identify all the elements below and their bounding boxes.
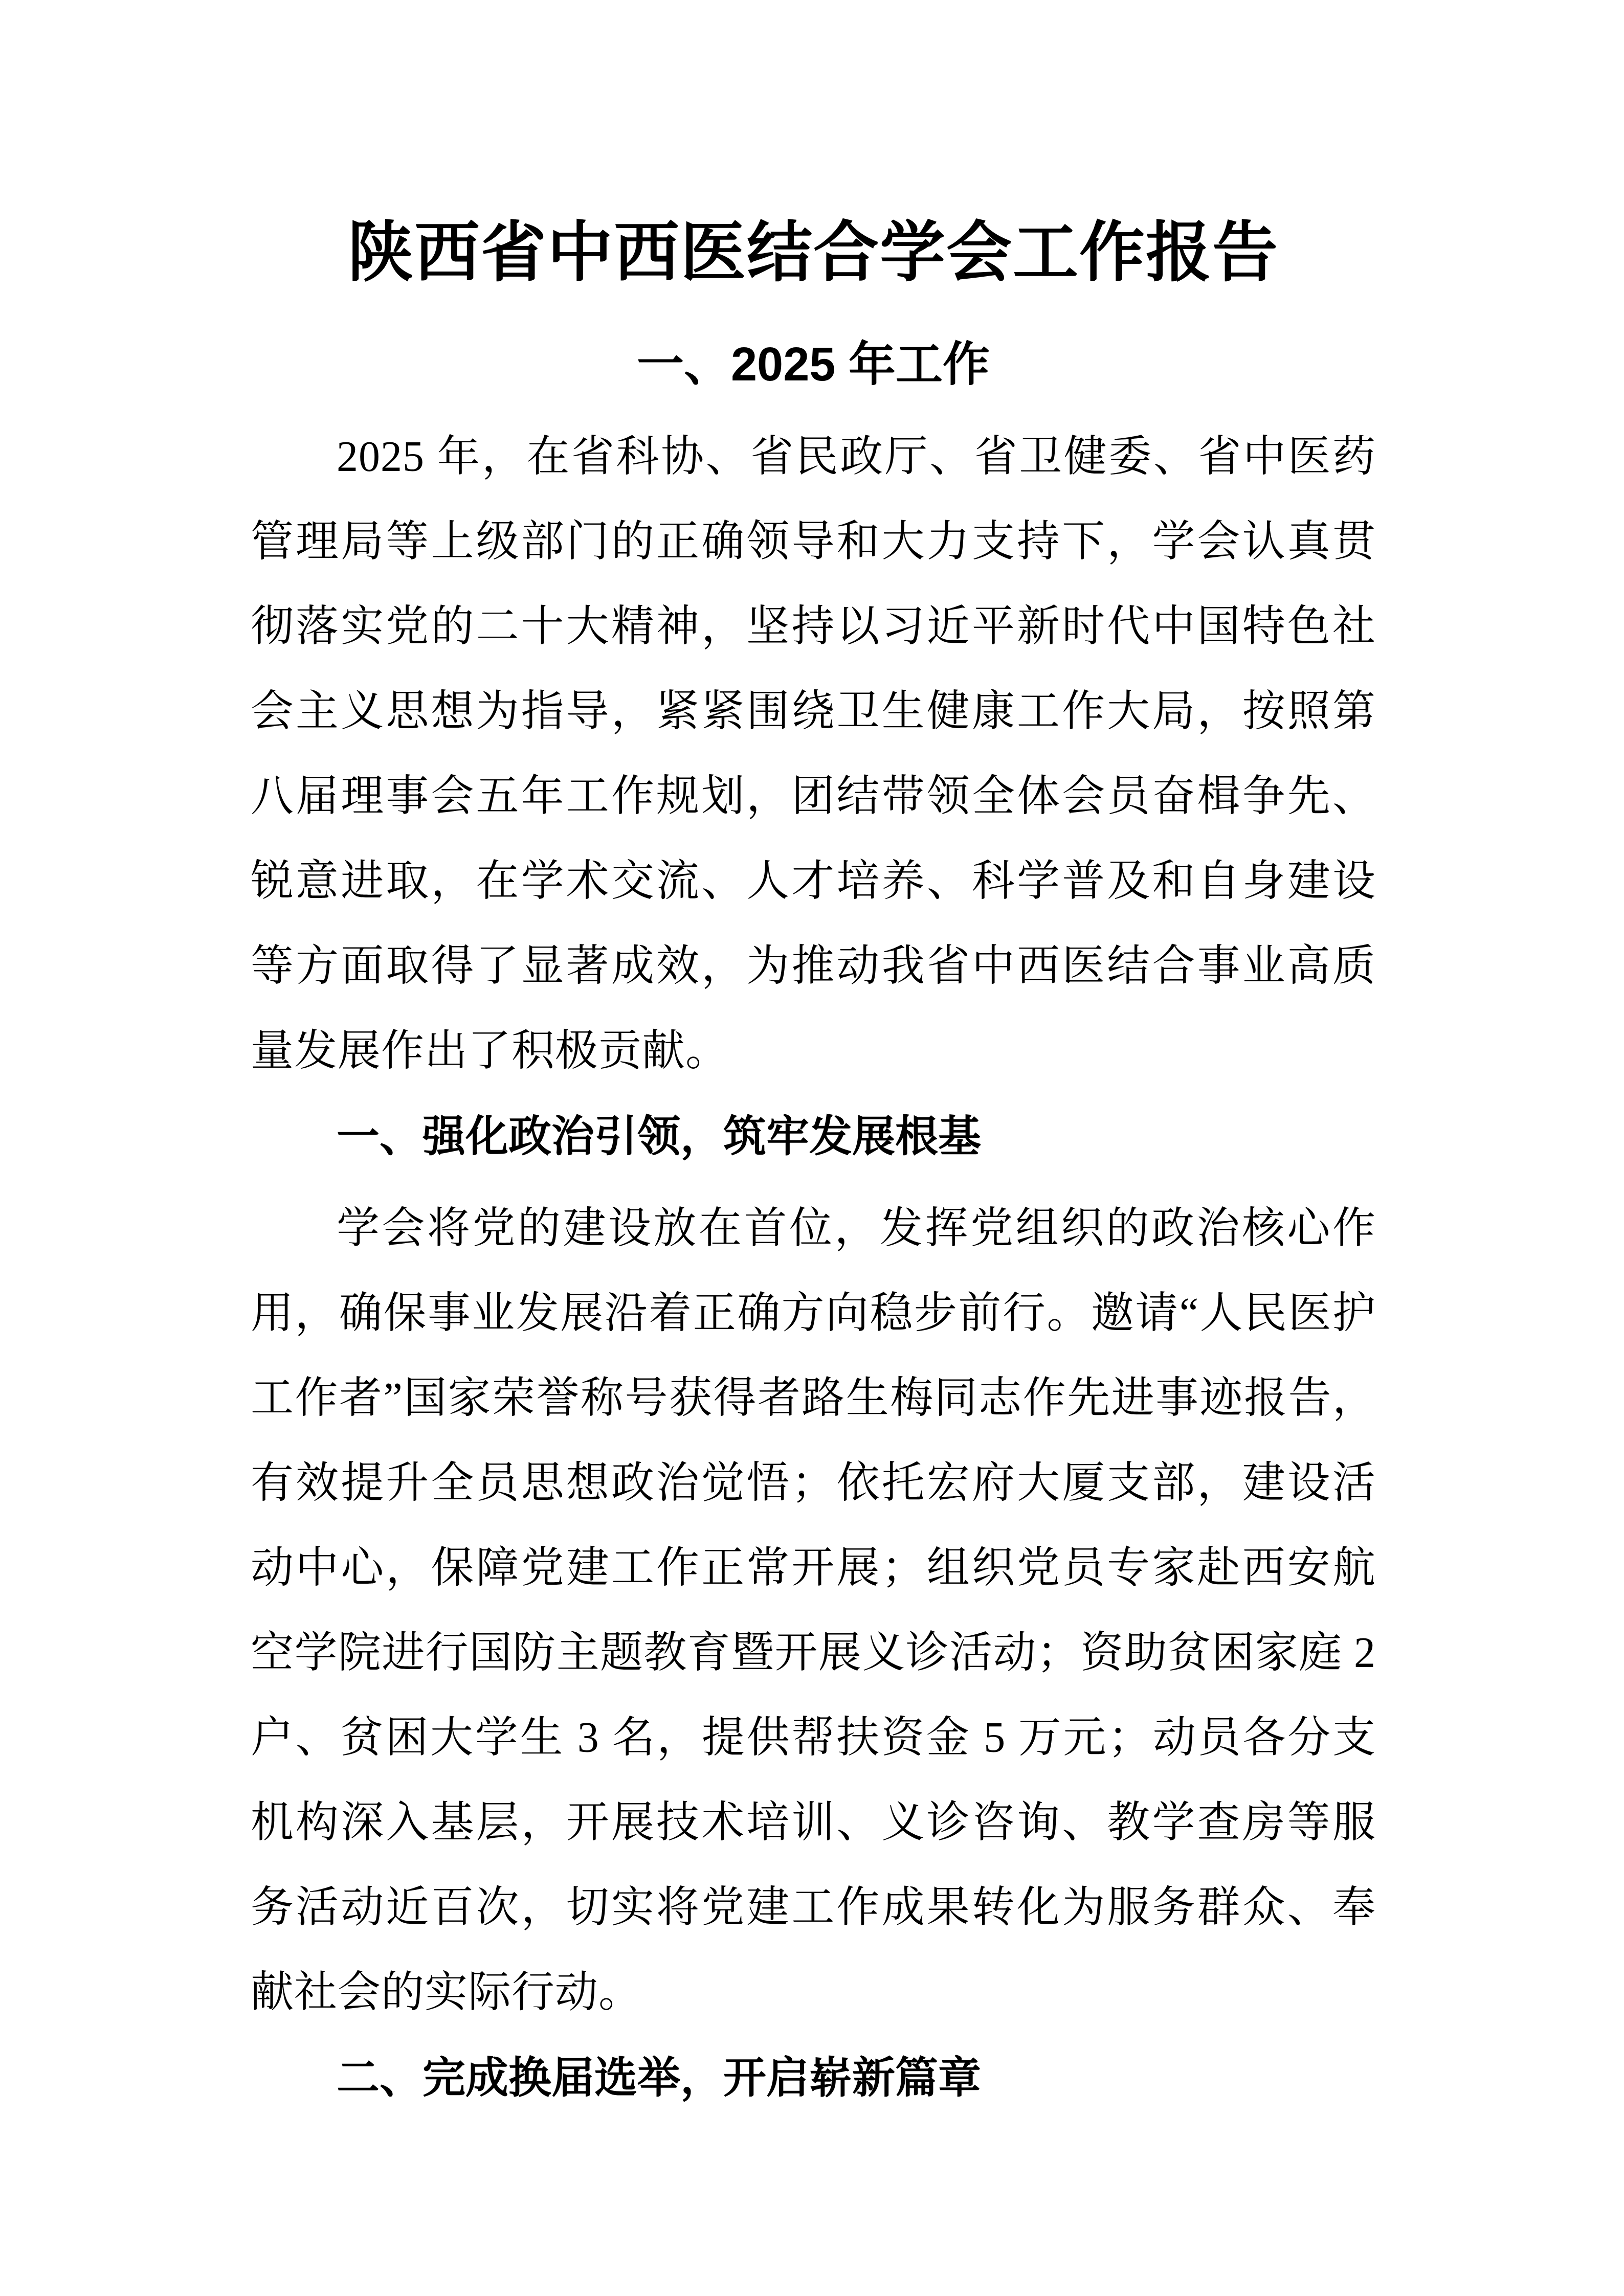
document-title: 陕西省中西医结合学会工作报告: [251, 215, 1376, 291]
paragraph-overview: 2025 年，在省科协、省民政厅、省卫健委、省中医药管理局等上级部门的正确领导和…: [251, 415, 1376, 1094]
main-heading: 一、2025 年工作: [251, 322, 1376, 407]
paragraph-party-building: 学会将党的建设放在首位，发挥党组织的政治核心作用，确保事业发展沿着正确方向稳步前…: [251, 1186, 1376, 2035]
subheading-leadership-election: 二、完成换届选举，开启崭新篇章: [251, 2035, 1376, 2120]
document-page: 陕西省中西医结合学会工作报告 一、2025 年工作 2025 年，在省科协、省民…: [0, 0, 1624, 2296]
subheading-political-leadership: 一、强化政治引领，筑牢发展根基: [251, 1094, 1376, 1179]
